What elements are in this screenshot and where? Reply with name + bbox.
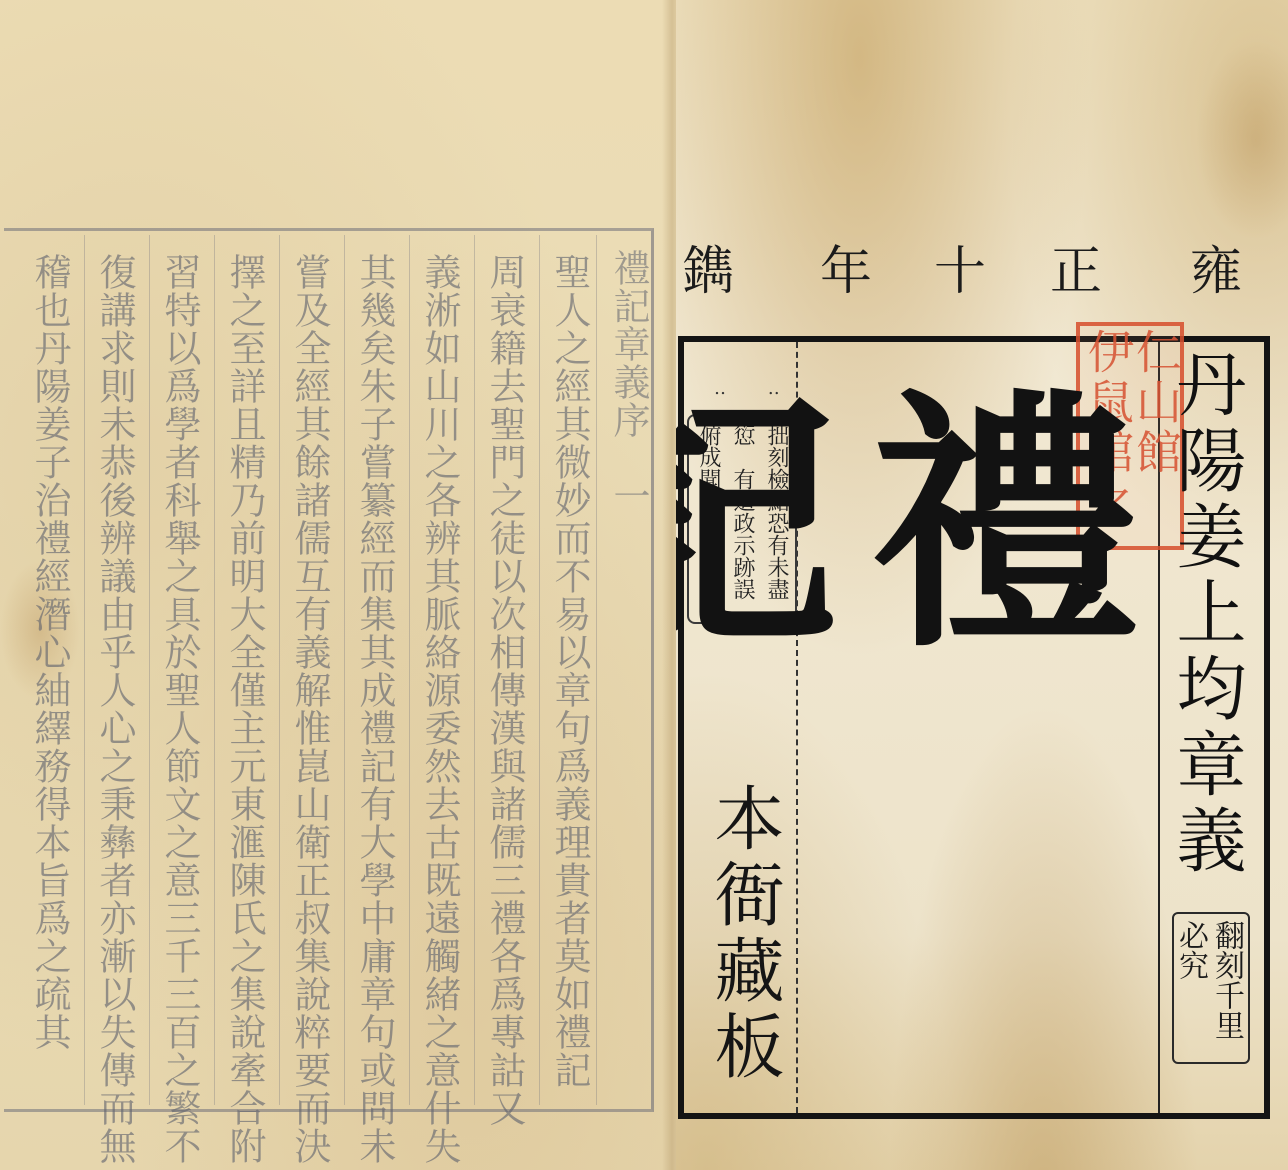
preface-column-3: 義淅如山川之各辨其脈絡源委然去古既遠觸緒之意什失 [415, 253, 463, 1165]
era-date-line: 雍 正 十 年 鐫 [676, 236, 1288, 308]
column-rule [474, 235, 475, 1105]
preface-column-8: 復講求則未恭後辨議由乎人心之秉彝者亦漸以失傳而無 [90, 253, 138, 1165]
preface-column-9: 稽也丹陽姜子治禮經潛心紬繹務得本旨爲之疏其 [25, 253, 73, 1051]
preface-column-2: 周衰籍去聖門之徒以次相傳漢與諸儒三禮各爲專詁又 [480, 253, 528, 1127]
column-rule [279, 235, 280, 1105]
column-rule [344, 235, 345, 1105]
date-char: 正 [1050, 236, 1102, 308]
column-rule [409, 235, 410, 1105]
title-frame: 仁山館 伊鼠館之 ‥ ‥ 拙刻檢點恐有未盡愆 有道政示跡誤俯成聞過則喜之義 本衙… [678, 336, 1270, 1119]
main-title: 禮記 [834, 382, 1134, 1113]
title-page: 雍 正 十 年 鐫 仁山館 伊鼠館之 ‥ ‥ 拙刻檢點恐有未盡愆 有道政示跡誤俯… [676, 0, 1288, 1170]
preface-page: 禮記章義序 一 聖人之經其微妙而不易以章句爲義理貴者莫如禮記 周衰籍去聖門之徒以… [0, 0, 676, 1170]
date-char: 鐫 [682, 236, 734, 308]
date-char: 年 [820, 236, 872, 308]
preface-column-6: 擇之至詳且精乃前明大全僅主元東滙陳氏之集說牽合附 [220, 253, 268, 1165]
column-rule [149, 235, 150, 1105]
column-rule [214, 235, 215, 1105]
column-rule [84, 235, 85, 1105]
preface-column-5: 嘗及全經其餘諸儒互有義解惟崑山衛正叔集說粹要而決 [285, 253, 333, 1165]
copyright-notice-box: 翻刻千里必究 [1172, 912, 1250, 1064]
paper-stain [1196, 40, 1288, 240]
preface-column-1: 聖人之經其微妙而不易以章句爲義理貴者莫如禮記 [545, 253, 593, 1089]
preface-column-7: 習特以爲學者科舉之具於聖人節文之意三千三百之繁不 [155, 253, 203, 1165]
column-rule [596, 235, 597, 1105]
preface-heading: 禮記章義序 一 [604, 249, 652, 515]
author-line: 丹陽姜上均章義 [1160, 348, 1252, 880]
date-char: 十 [934, 236, 986, 308]
publisher-imprint: 本衙藏板 [698, 782, 790, 1086]
column-rule [539, 235, 540, 1105]
date-char: 雍 [1190, 236, 1242, 308]
preface-print-frame: 禮記章義序 一 聖人之經其微妙而不易以章句爲義理貴者莫如禮記 周衰籍去聖門之徒以… [4, 228, 654, 1112]
preface-column-4: 其幾矣朱子嘗纂經而集其成禮記有大學中庸章句或問未 [350, 253, 398, 1165]
